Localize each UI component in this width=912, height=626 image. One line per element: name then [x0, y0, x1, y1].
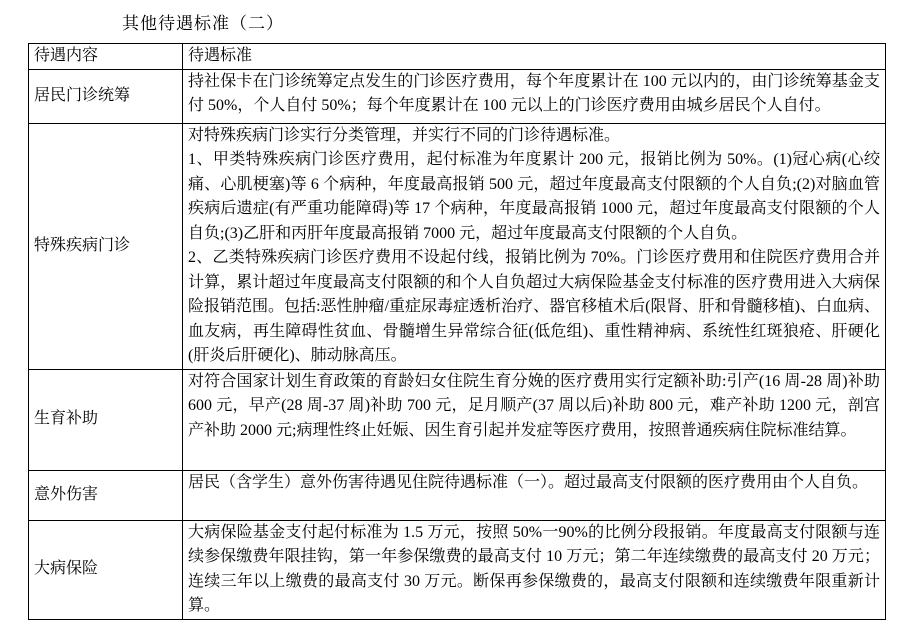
table-row-accidental-injury: 意外伤害 居民（含学生）意外伤害待遇见住院待遇标准（一）。超过最高支付限额的医疗… [29, 470, 886, 520]
page-title: 其他待遇标准（二） [122, 13, 284, 35]
table-row-critical-illness-insurance: 大病保险 大病保险基金支付起付标准为 1.5 万元，按照 50%一90%的比例分… [29, 520, 886, 619]
row-standard-special-disease-outpatient: 对特殊疾病门诊实行分类管理，并实行不同的门诊待遇标准。 1、甲类特殊疾病门诊医疗… [183, 123, 886, 369]
header-cell-benefit-content: 待遇内容 [29, 44, 183, 70]
header-cell-benefit-standard: 待遇标准 [183, 44, 886, 70]
row-label-maternity-subsidy: 生育补助 [29, 369, 183, 470]
table-row-special-disease-outpatient: 特殊疾病门诊 对特殊疾病门诊实行分类管理，并实行不同的门诊待遇标准。 1、甲类特… [29, 123, 886, 369]
row-label-outpatient-pooling: 居民门诊统筹 [29, 69, 183, 123]
row-standard-critical-illness-insurance: 大病保险基金支付起付标准为 1.5 万元，按照 50%一90%的比例分段报销。年… [183, 520, 886, 619]
document-page: 其他待遇标准（二） 待遇内容 待遇标准 居民门诊统筹 持社保卡在门诊统筹定点发生… [0, 0, 912, 626]
benefits-table: 待遇内容 待遇标准 居民门诊统筹 持社保卡在门诊统筹定点发生的门诊医疗费用，每个… [28, 43, 886, 620]
row-standard-outpatient-pooling: 持社保卡在门诊统筹定点发生的门诊医疗费用，每个年度累计在 100 元以内的，由门… [183, 69, 886, 123]
row-label-critical-illness-insurance: 大病保险 [29, 520, 183, 619]
row-label-special-disease-outpatient: 特殊疾病门诊 [29, 123, 183, 369]
row-standard-accidental-injury: 居民（含学生）意外伤害待遇见住院待遇标准（一）。超过最高支付限额的医疗费用由个人… [183, 470, 886, 520]
table-row-outpatient-pooling: 居民门诊统筹 持社保卡在门诊统筹定点发生的门诊医疗费用，每个年度累计在 100 … [29, 69, 886, 123]
table-header-row: 待遇内容 待遇标准 [29, 44, 886, 70]
row-standard-maternity-subsidy: 对符合国家计划生育政策的育龄妇女住院生育分娩的医疗费用实行定额补助:引产(16 … [183, 369, 886, 470]
table-row-maternity-subsidy: 生育补助 对符合国家计划生育政策的育龄妇女住院生育分娩的医疗费用实行定额补助:引… [29, 369, 886, 470]
row-label-accidental-injury: 意外伤害 [29, 470, 183, 520]
